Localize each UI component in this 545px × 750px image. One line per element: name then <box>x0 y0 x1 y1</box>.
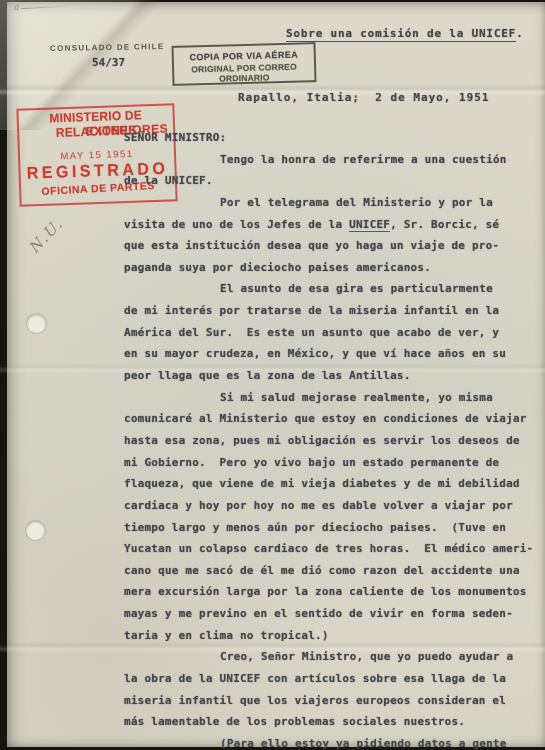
letter-line: mayas y me previno en el sentido de vivi… <box>124 603 540 625</box>
line-text: Creo, Señor Ministro, que yo puedo ayuda… <box>220 650 513 663</box>
line-text: América del Sur. Es este un asunto que a… <box>124 326 499 339</box>
letter-line: comunicaré al Ministerio que estoy en co… <box>124 408 540 430</box>
line-text: Por el telegrama del Ministerio y por la <box>220 196 493 209</box>
letter-line: de mi interés por tratarse de la miseria… <box>124 300 540 322</box>
airmail-stamp-line2: ORIGINAL POR CORREO ORDINARIO <box>174 61 314 85</box>
line-text: tiempo largo y menos aún por dieciocho p… <box>124 521 506 534</box>
line-text: hasta esa zona, pues mi obligación es se… <box>124 434 520 447</box>
line-text: SEÑOR MINISTRO: <box>124 131 226 144</box>
letter-line: Yucatan un colapso cardiaco de tres hora… <box>124 538 540 560</box>
line-text: El asunto de esa gira es particularmente <box>220 282 493 295</box>
letter-line: cano que me sacó de él me dió como razon… <box>124 560 540 582</box>
letter-line: en su mayor crudeza, en México, y que ví… <box>124 343 540 365</box>
subject-heading: Sobre una comisión de la UNICEF. <box>286 27 524 40</box>
line-text: mayas y me previno en el sentido de vivi… <box>124 607 513 620</box>
letter-line: la obra de la UNICEF con artículos sobre… <box>124 668 540 690</box>
line-text: de la UNICEF. <box>124 174 213 187</box>
line-text: miseria infantil que los viajeros europe… <box>124 694 506 707</box>
letter-line: visita de uno de los Jefes de la UNICEF,… <box>124 214 540 236</box>
line-text: la obra de la UNICEF con artículos sobre… <box>124 672 506 685</box>
letter-line: peor llaga que es la zona de las Antilla… <box>124 365 540 387</box>
line-text: Yucatan un colapso cardiaco de tres hora… <box>124 542 533 555</box>
corner-pencil-letter: a <box>14 3 19 13</box>
line-text: cano que me sacó de él me dió como razon… <box>124 564 520 577</box>
letter-line: Creo, Señor Ministro, que yo puedo ayuda… <box>124 646 540 668</box>
letter-line: El asunto de esa gira es particularmente <box>124 278 540 300</box>
punch-hole-top <box>27 314 46 333</box>
letter-line: mi Gobierno. Pero yo vivo bajo un estado… <box>124 452 540 474</box>
line-text: en su mayor crudeza, en México, y que ví… <box>124 347 506 360</box>
letter-line: cardiaca y hoy por hoy no me es dable vo… <box>124 495 540 517</box>
subject-heading-text: Sobre una comisión de la UNICEF <box>286 27 516 42</box>
letter-line: flaqueza, que viene de mi vieja diabetes… <box>124 473 540 495</box>
underlined-word: UNICEF <box>349 218 390 233</box>
line-text: Tengo la honra de referirme a una cuesti… <box>220 153 507 166</box>
file-number: 54/37 <box>92 56 125 69</box>
letter-line: hasta esa zona, pues mi obligación es se… <box>124 430 540 452</box>
letter-line: mera excursión larga por la zona calient… <box>124 581 540 603</box>
line-text: que esta institución desea que yo haga u… <box>124 239 499 252</box>
letter-line: SEÑOR MINISTRO: <box>124 127 540 149</box>
punch-hole-bottom <box>26 521 45 540</box>
letter-line: de la UNICEF. <box>124 170 540 192</box>
scanned-letter-page: a CONSULADO DE CHILE 54/37 COPIA POR VIA… <box>0 0 545 750</box>
airmail-stamp-box: COPIA POR VIA AÉREA ORIGINAL POR CORREO … <box>172 42 317 86</box>
pencil-scribble-line <box>21 6 65 9</box>
line-text: Si mi salud mejorase realmente, yo misma <box>220 391 493 404</box>
line-text: comunicaré al Ministerio que estoy en co… <box>124 412 527 425</box>
line-text: peor llaga que es la zona de las Antilla… <box>124 369 411 382</box>
letter-body: SEÑOR MINISTRO:Tengo la honra de referir… <box>124 127 540 750</box>
letter-line: más lamentable de los problemas sociales… <box>124 711 540 733</box>
letter-line: tiempo largo y menos aún por dieciocho p… <box>124 517 540 539</box>
line-text: visita de uno de los Jefes de la <box>124 218 349 231</box>
letter-line: Si mi salud mejorase realmente, yo misma <box>124 387 540 409</box>
letter-line: miseria infantil que los viajeros europe… <box>124 690 540 712</box>
letter-line: Por el telegrama del Ministerio y por la <box>124 192 540 214</box>
line-text: mera excursión larga por la zona calient… <box>124 585 527 598</box>
dateline: Rapallo, Italia; 2 de Mayo, 1951 <box>238 91 490 104</box>
line-text: flaqueza, que viene de mi vieja diabetes… <box>124 477 520 490</box>
line-text: (Para ello estoy ya pidiendo datos a gen… <box>220 737 507 750</box>
letter-line: Tengo la honra de referirme a una cuesti… <box>124 149 540 171</box>
line-text: de mi interés por tratarse de la miseria… <box>124 304 499 317</box>
line-text: mi Gobierno. Pero yo vivo bajo un estado… <box>124 456 499 469</box>
letter-line: taria y en clima no tropical.) <box>124 625 540 647</box>
letter-line: (Para ello estoy ya pidiendo datos a gen… <box>124 733 540 750</box>
letter-line: paganda suya por dieciocho paises americ… <box>124 257 540 279</box>
subject-heading-period: . <box>516 27 523 40</box>
line-text: taria y en clima no tropical.) <box>124 629 329 642</box>
line-text: cardiaca y hoy por hoy no me es dable vo… <box>124 499 513 512</box>
letter-line: América del Sur. Es este un asunto que a… <box>124 322 540 344</box>
line-text: paganda suya por dieciocho paises americ… <box>124 261 431 274</box>
corner-pencil-mark: a <box>14 3 65 13</box>
letter-line: que esta institución desea que yo haga u… <box>124 235 540 257</box>
line-text: , Sr. Borcic, sé <box>390 218 499 231</box>
line-text: más lamentable de los problemas sociales… <box>124 715 465 728</box>
